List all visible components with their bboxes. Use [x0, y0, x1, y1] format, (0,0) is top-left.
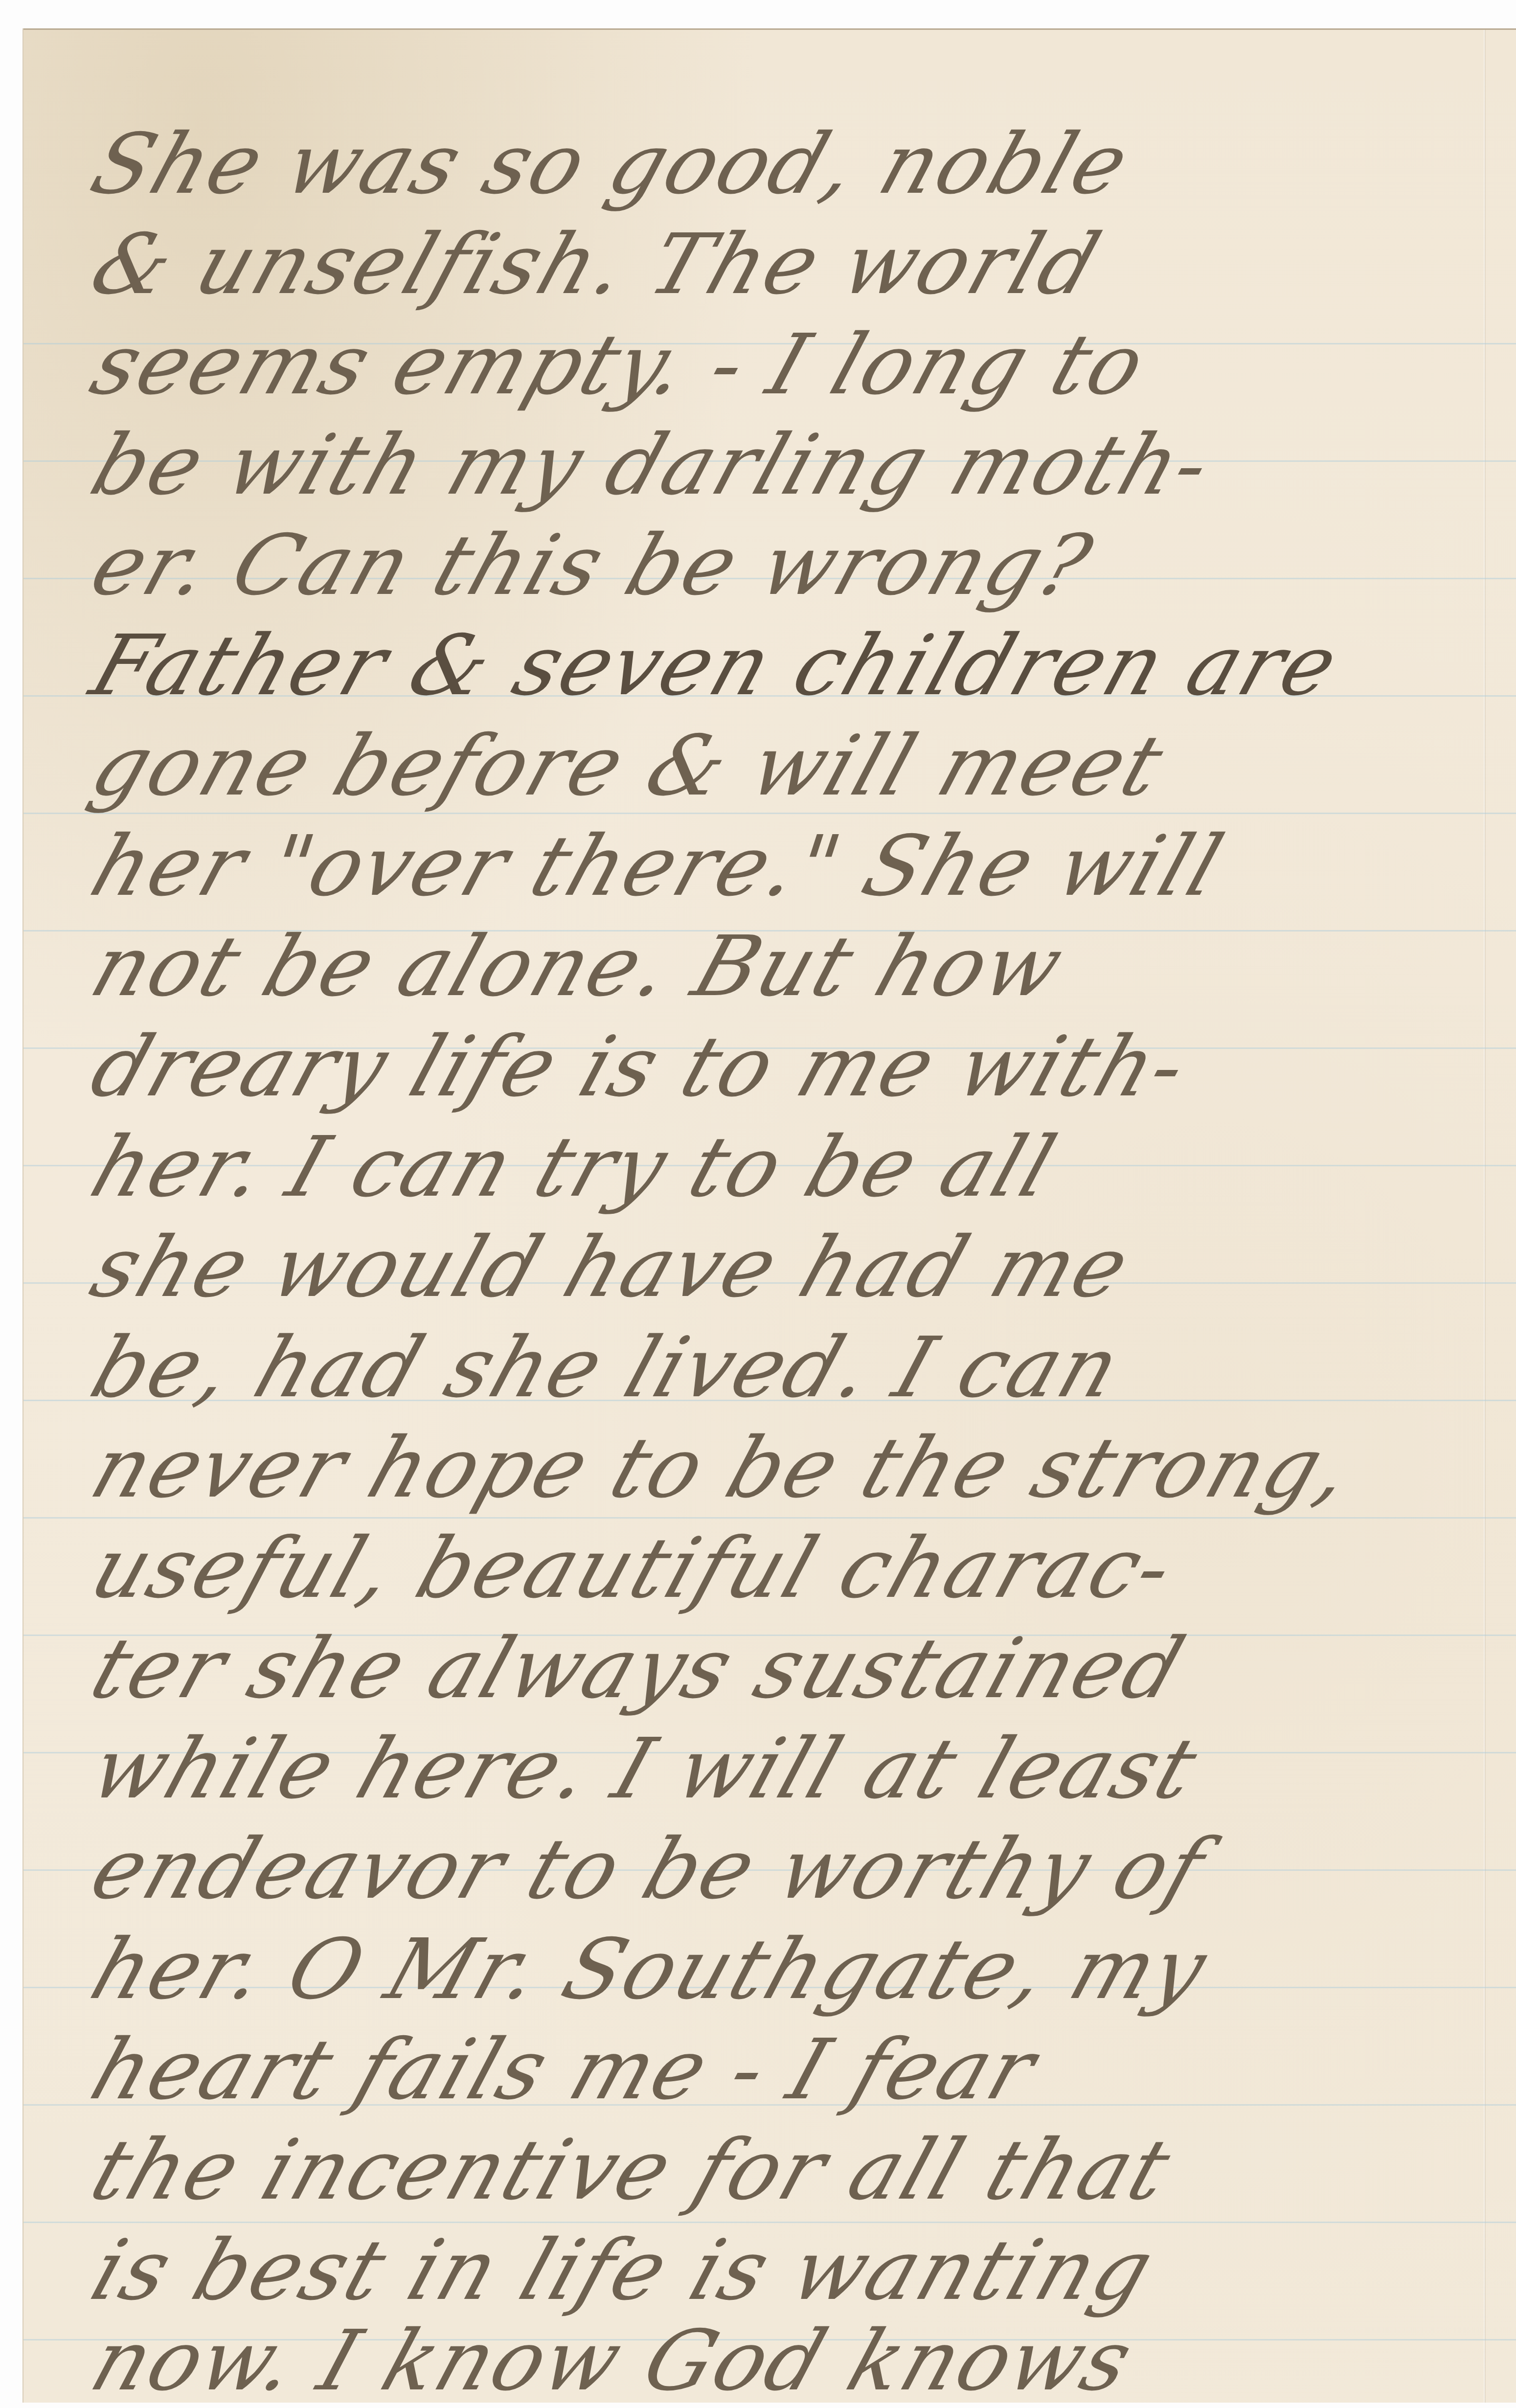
handwritten-line: while here. I will at least [82, 1727, 1479, 1811]
handwritten-line: her. O Mr. Southgate, my [82, 1928, 1479, 2011]
handwritten-line: be, had she lived. I can [82, 1326, 1479, 1409]
ruled-line [23, 1517, 1516, 1519]
handwritten-line: endeavor to be worthy of [82, 1828, 1479, 1911]
handwritten-line: never hope to be the strong, [82, 1427, 1479, 1510]
handwritten-line: heart fails me - I fear [82, 2028, 1479, 2112]
handwritten-line: useful, beautiful charac- [82, 1527, 1479, 1610]
handwritten-line: she would have had me [82, 1226, 1479, 1309]
handwritten-line: not be alone. But how [82, 925, 1479, 1008]
letter-page: She was so good, noble & unselfish. The … [23, 28, 1516, 2403]
handwritten-line: is best in life is wanting [82, 2229, 1479, 2312]
handwritten-line: her "over there." She will [82, 825, 1479, 908]
handwritten-line: er. Can this be wrong? [82, 524, 1479, 607]
handwritten-line: be with my darling moth- [82, 424, 1479, 507]
handwritten-line: ter she always sustained [82, 1627, 1479, 1710]
handwritten-line: her. I can try to be all [82, 1126, 1479, 1209]
handwritten-line: seems empty. - I long to [82, 323, 1479, 407]
handwritten-line: Father & seven children are [82, 624, 1479, 707]
handwritten-line: gone before & will meet [82, 725, 1479, 808]
page-fold [1484, 30, 1486, 2403]
handwritten-line: the incentive for all that [82, 2129, 1479, 2212]
handwritten-line: She was so good, noble [82, 123, 1479, 206]
handwritten-line: now. I know God knows [82, 2319, 1479, 2403]
handwritten-line: dreary life is to me with- [82, 1025, 1479, 1109]
handwritten-line: & unselfish. The world [82, 223, 1479, 306]
